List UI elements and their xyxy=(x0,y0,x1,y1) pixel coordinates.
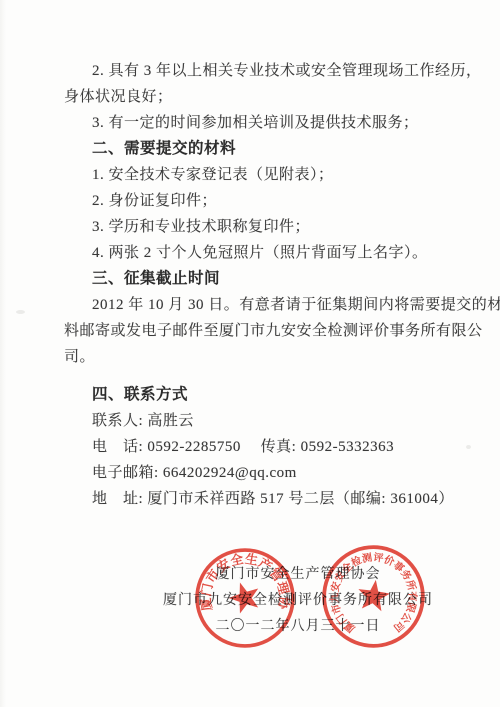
document-line: 4. 两张 2 寸个人免冠照片（照片背面写上名字）。 xyxy=(64,240,470,266)
section-heading-deadline: 三、征集截止时间 xyxy=(64,266,470,292)
document-line: 司。 xyxy=(64,344,470,370)
scan-speck xyxy=(16,310,25,314)
document-line: 1. 安全技术专家登记表（见附表）； xyxy=(64,162,470,188)
official-seal-company: 厦门市九安安全检测评价事务所有限公司 xyxy=(321,544,426,649)
document-line: 料邮寄或发电子邮件至厦门市九安安全检测评价事务所有限公 xyxy=(64,318,470,344)
document-line: 2012 年 10 月 30 日。有意者请于征集期间内将需要提交的材 xyxy=(64,292,470,318)
signer-org-association: 厦门市安全生产管理协会 xyxy=(96,562,500,588)
signature-block: 厦门市安全生产管理协会 厦门市九安安全检测评价事务所有限公司 二〇一二年八月三十… xyxy=(96,562,500,640)
signer-org-company: 厦门市九安安全检测评价事务所有限公司 xyxy=(96,588,500,614)
phone-fax-line: 电 话: 0592-2285750 传真: 0592-5332363 xyxy=(64,434,470,460)
official-seal-association: 厦门市安全生产管理协会 xyxy=(194,547,296,649)
document-line: 身体状况良好； xyxy=(64,84,470,110)
signature-date: 二〇一二年八月三十一日 xyxy=(96,614,500,640)
scanned-document-page: 2. 具有 3 年以上相关专业技术或安全管理现场工作经历， 身体状况良好； 3.… xyxy=(0,0,500,707)
star-icon xyxy=(356,578,392,612)
document-line: 3. 学历和专业技术职称复印件； xyxy=(64,214,470,240)
round-seal-icon: 厦门市九安安全检测评价事务所有限公司 xyxy=(321,544,426,649)
contact-person-line: 联系人: 高胜云 xyxy=(64,408,470,434)
scan-speck xyxy=(466,445,471,449)
address-line: 地 址: 厦门市禾祥西路 517 号二层（邮编: 361004） xyxy=(64,486,470,512)
section-heading-contact: 四、联系方式 xyxy=(64,382,470,408)
document-line: 2. 身份证复印件； xyxy=(64,188,470,214)
document-line: 3. 有一定的时间参加相关培训及提供技术服务； xyxy=(64,110,470,136)
document-body: 2. 具有 3 年以上相关专业技术或安全管理现场工作经历， 身体状况良好； 3.… xyxy=(64,58,470,512)
star-icon xyxy=(225,578,264,616)
email-line: 电子邮箱: 664202924@qq.com xyxy=(64,460,470,486)
round-seal-icon: 厦门市安全生产管理协会 xyxy=(194,547,296,649)
document-line: 2. 具有 3 年以上相关专业技术或安全管理现场工作经历， xyxy=(64,58,470,84)
section-heading-materials: 二、需要提交的材料 xyxy=(64,136,470,162)
scan-speck xyxy=(452,322,459,326)
